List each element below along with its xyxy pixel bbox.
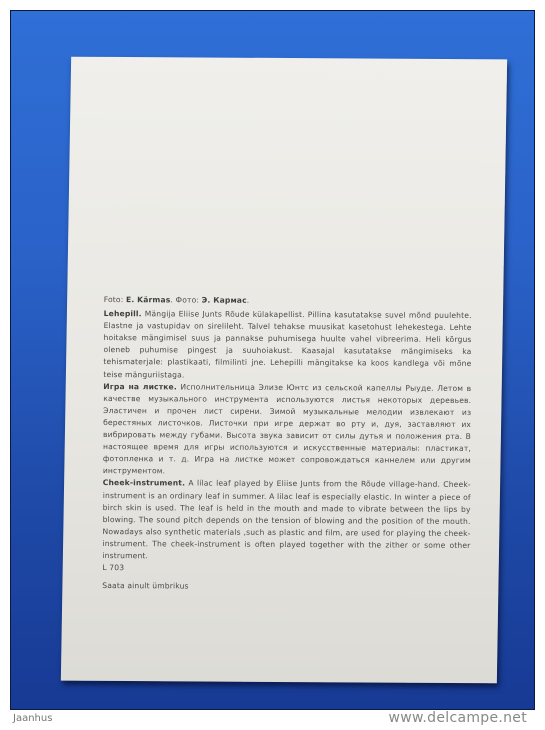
estonian-body: Mängija Eliise Junts Rõude külakapellist… [103, 309, 471, 379]
english-paragraph: Cheek-instrument. A lilac leaf played by… [102, 477, 470, 564]
credit-label-ru: . Фото: [170, 295, 199, 304]
english-body: A lilac leaf played by Eliise Junts from… [102, 479, 470, 560]
russian-body: Исполнительница Элизе Юнтс из сельской к… [103, 382, 471, 476]
estonian-paragraph: Lehepill. Mängija Eliise Junts Rõude kül… [103, 308, 471, 382]
credit-name-ru: Э. Кармас [202, 296, 247, 305]
postcard-text-block: Foto: E. Kärmas. Фото: Э. Кармас. Lehepi… [102, 294, 472, 594]
english-title: Cheek-instrument. [103, 478, 185, 487]
russian-title: Игра на листке. [103, 382, 177, 391]
photo-credit: Foto: E. Kärmas. Фото: Э. Кармас. [104, 294, 472, 308]
mailing-note: Saata ainult ümbrikus [102, 580, 470, 594]
catalog-code: L 703 [102, 562, 470, 576]
site-watermark: www.delcampe.net [388, 710, 527, 726]
credit-label: Foto: [104, 295, 124, 304]
credit-end: . [247, 296, 250, 305]
seller-watermark: Jaanhus [13, 713, 52, 724]
russian-paragraph: Игра на листке. Исполнительница Элизе Юн… [103, 381, 472, 480]
credit-name-et: E. Kärmas [126, 295, 170, 304]
estonian-title: Lehepill. [104, 309, 142, 318]
